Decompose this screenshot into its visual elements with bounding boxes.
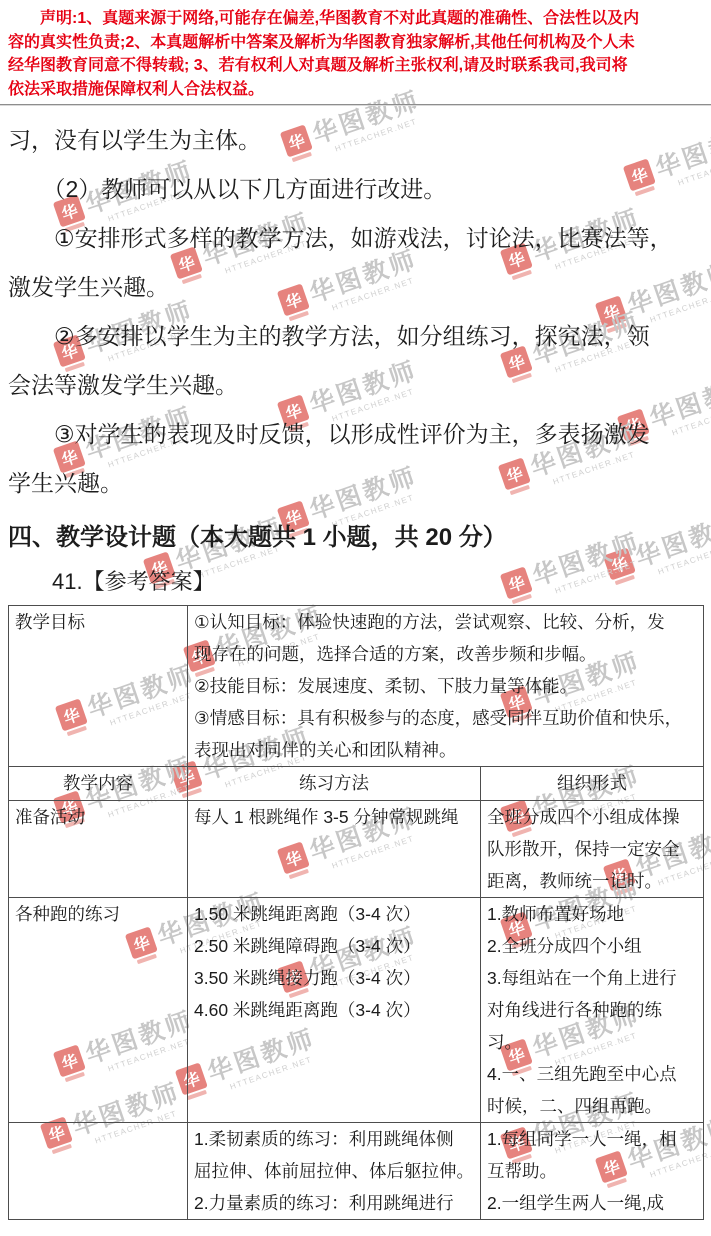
cell-teaching-objectives-content: ①认知目标：体验快速跑的方法，尝试观察、比较、分析，发 现存在的问题，选择合适的… <box>188 606 704 767</box>
table-row-running-practice: 各种跑的练习 1.50 米跳绳距离跑（3-4 次） 2.50 米跳绳障碍跑（3-… <box>9 898 704 1123</box>
cell-quality-practice-label <box>9 1123 188 1220</box>
document-page: 华华图教师HTTEACHER.NET华华图教师HTTEACHER.NET华华图教… <box>0 0 711 1236</box>
lesson-design-table: 教学目标 ①认知目标：体验快速跑的方法，尝试观察、比较、分析，发 现存在的问题，… <box>8 605 704 1220</box>
page-content: 声明:1、真题来源于网络,可能存在偏差,华图教育不对此真题的准确性、合法性以及内… <box>0 0 711 1220</box>
divider-line <box>0 104 711 106</box>
answer-label: 41.【参考答案】 <box>8 562 703 602</box>
cell-warmup-label: 准备活动 <box>9 801 188 898</box>
table-header-row: 教学内容 练习方法 组织形式 <box>9 767 704 801</box>
disclaimer-text: 声明:1、真题来源于网络,可能存在偏差,华图教育不对此真题的准确性、合法性以及内… <box>8 0 703 101</box>
cell-running-practice-methods: 1.50 米跳绳距离跑（3-4 次） 2.50 米跳绳障碍跑（3-4 次） 3.… <box>188 898 481 1123</box>
body-paragraph-point2: ②多安排以学生为主的教学方法，如分组练习，探究法，领 会法等激发学生兴趣。 <box>8 312 703 410</box>
cell-running-practice-organization: 1.教师布置好场地 2.全班分成四个小组 3.每组站在一个角上进行 对角线进行各… <box>481 898 704 1123</box>
cell-quality-practice-organization: 1.每组同学一人一绳，相 互帮助。 2.一组学生两人一绳,成 <box>481 1123 704 1220</box>
table-row-quality-practice: 1.柔韧素质的练习：利用跳绳体侧 屈拉伸、体前屈拉伸、体后躯拉伸。 2.力量素质… <box>9 1123 704 1220</box>
cell-teaching-objectives-label: 教学目标 <box>9 606 188 767</box>
answer-body: 习，没有以学生为主体。 （2）教师可以从以下几方面进行改进。 ①安排形式多样的教… <box>8 116 703 508</box>
body-paragraph-continuation: 习，没有以学生为主体。 <box>8 116 703 165</box>
table-row-warmup: 准备活动 每人 1 根跳绳作 3-5 分钟常规跳绳 全班分成四个小组成体操 队形… <box>9 801 704 898</box>
body-paragraph-point1: ①安排形式多样的教学方法，如游戏法，讨论法，比赛法等， 激发学生兴趣。 <box>8 214 703 312</box>
col-header-practice-method: 练习方法 <box>188 767 481 801</box>
section-heading: 四、教学设计题（本大题共 1 小题，共 20 分） <box>8 521 703 555</box>
cell-warmup-organization: 全班分成四个小组成体操 队形散开，保持一定安全 距离，教师统一记时。 <box>481 801 704 898</box>
body-paragraph-2: （2）教师可以从以下几方面进行改进。 <box>8 165 703 214</box>
body-paragraph-point3: ③对学生的表现及时反馈，以形成性评价为主，多表扬激发 学生兴趣。 <box>8 410 703 508</box>
cell-running-practice-label: 各种跑的练习 <box>9 898 188 1123</box>
col-header-teaching-content: 教学内容 <box>9 767 188 801</box>
cell-quality-practice-methods: 1.柔韧素质的练习：利用跳绳体侧 屈拉伸、体前屈拉伸、体后躯拉伸。 2.力量素质… <box>188 1123 481 1220</box>
col-header-organization-form: 组织形式 <box>481 767 704 801</box>
table-row-objectives: 教学目标 ①认知目标：体验快速跑的方法，尝试观察、比较、分析，发 现存在的问题，… <box>9 606 704 767</box>
cell-warmup-method: 每人 1 根跳绳作 3-5 分钟常规跳绳 <box>188 801 481 898</box>
